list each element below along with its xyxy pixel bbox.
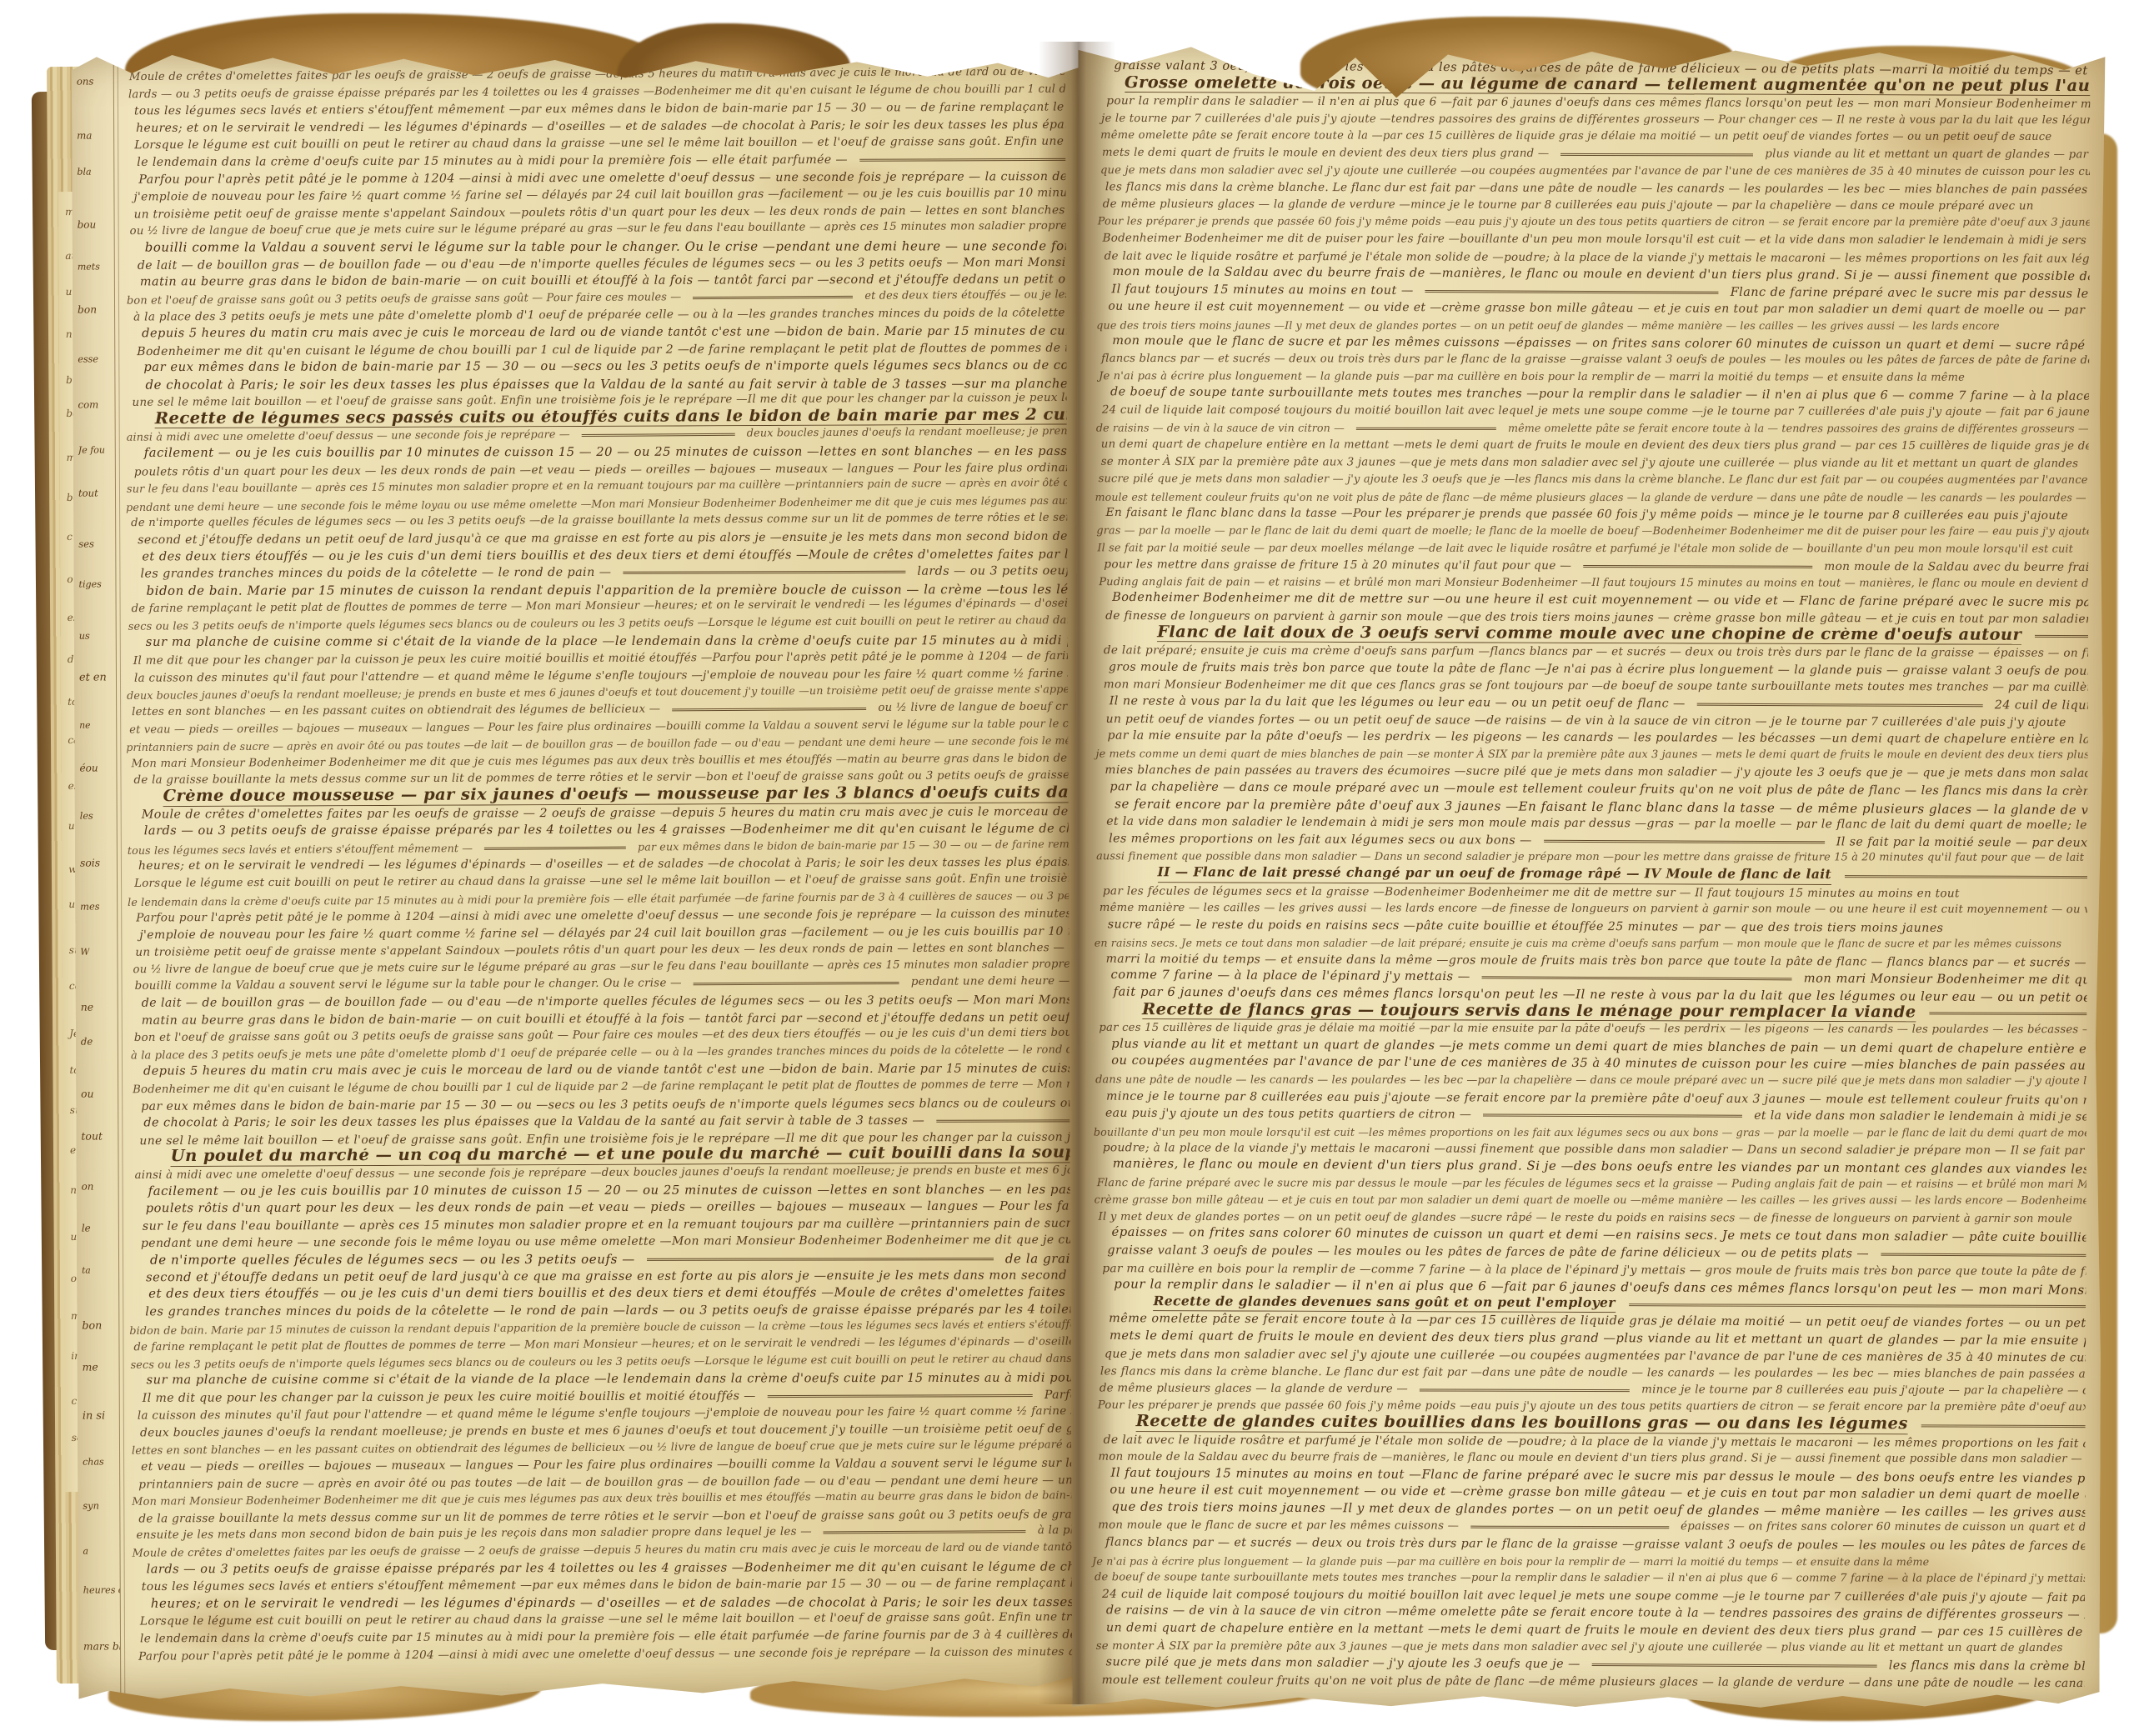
manuscript-line: flancs blancs par — et sucrés — deux ou … (1095, 351, 2089, 370)
manuscript-line: sucre pilé que je mets dans mon saladier… (1095, 471, 2089, 489)
manuscript-line: aussi finement que possible dans mon sal… (1094, 849, 2087, 868)
manuscript-line: 24 cuil de liquide lait composé toujours… (1095, 403, 2089, 422)
manuscript-line: mets le demi quart de fruits le moule en… (1096, 145, 2090, 164)
margin-word: ons (77, 75, 94, 87)
margin-word: ou (81, 1088, 93, 1099)
margin-word: tout (78, 488, 98, 499)
margin-word: me (83, 1361, 98, 1373)
manuscript-line: que des trois tiers moins jaunes — Il y … (1095, 318, 2089, 335)
margin-word: ses (78, 538, 94, 549)
margin-word: le (82, 1223, 91, 1234)
margin-word: mars blanches (83, 1641, 120, 1653)
manuscript-line: un demi quart de chapelure entière en la… (1095, 437, 2089, 456)
page-edge-fragment: b (66, 374, 73, 386)
manuscript-line: moule est tellement couleur fruits qu'on… (1095, 489, 2089, 507)
right-page: graisse valant 3 oeufs de poules — les m… (1073, 37, 2106, 1712)
margin-column: onsmablaboumetsbonessecomJe foutoutsesti… (72, 50, 122, 1700)
manuscript-line: Flanc de farine préparé avec le sucre mi… (1093, 1175, 2086, 1193)
margin-word: esse (78, 354, 98, 365)
page-edge-fragment: u (66, 286, 73, 298)
margin-word: ne (81, 1000, 94, 1013)
margin-word: ta (82, 1265, 91, 1275)
manuscript-line: je mets comme un demi quart de mies blan… (1094, 746, 2087, 764)
manuscript-line: pendant une demi heure — une seconde foi… (128, 1232, 1070, 1253)
manuscript-line: tous les légumes secs lavés et entiers s… (130, 1575, 1072, 1596)
manuscript-line: dans une pâte de noudle — les canards — … (1093, 1072, 2086, 1090)
margin-word: les (80, 811, 93, 822)
manuscript-line: facilement — ou je les cuis bouillis par… (128, 1181, 1070, 1200)
margin-word: com (78, 398, 99, 410)
manuscript-line: de raisins — de vin à la sauce de vin ci… (1095, 420, 2089, 438)
margin-word: bou (78, 219, 97, 231)
manuscript-line: bouilli comme la Valdau a souvent servi … (124, 238, 1066, 256)
margin-word: éou (79, 762, 98, 773)
manuscript-line: eau puis j'y ajoute un des tous petits q… (1093, 1105, 2086, 1126)
margin-word: W (80, 947, 89, 958)
page-edge-fragment: n (66, 328, 73, 340)
margin-word: tout (81, 1130, 103, 1143)
page-edge-fragment: u (70, 1231, 77, 1243)
manuscript-line: Je n'ai pas à écrire plus longuement — l… (1091, 1553, 2085, 1570)
manuscript-line: par eux mêmes dans le bidon de bain-mari… (124, 358, 1066, 377)
manuscript-line: les flancs mis dans la crème blanche. Le… (1092, 1363, 2086, 1383)
manuscript-line: Il se fait par la moitié seule — par deu… (1095, 540, 2088, 558)
manuscript-line: bouillante d'un peu mon moule lorsqu'il … (1093, 1123, 2086, 1141)
manuscript-line: Pour les préparer je prends que passée 6… (1092, 1398, 2086, 1417)
left-page: onsmablaboumetsbonessecomJe foutoutsesti… (72, 46, 1086, 1700)
margin-word: mes (80, 900, 99, 912)
manuscript-line: second et j'étouffe dedans un petit oeuf… (128, 1267, 1070, 1286)
margin-word: Je fou (78, 445, 105, 456)
manuscript-line: de finesse de longueurs on parvient à ga… (1095, 608, 2088, 628)
manuscript-line: crème grasse bon mille gâteau — et je cu… (1093, 1193, 2086, 1211)
manuscript-line: en raisins secs. Je mets ce tout dans mo… (1094, 935, 2087, 953)
manuscript-line: Bodenheimer Bodenheimer me dit de puiser… (1096, 230, 2090, 250)
manuscript-line: même omelette pâte se ferait encore tout… (1096, 128, 2090, 147)
page-edge-fragment: u (68, 820, 75, 832)
margin-word: in si (83, 1410, 105, 1423)
manuscript-line: pour la remplir dans le saladier — il n'… (1096, 93, 2090, 113)
manuscript-line: se monter À SIX par la première pâte aux… (1095, 453, 2089, 473)
manuscript-line: et des deux tiers étouffés — ou je les c… (128, 1284, 1070, 1303)
manuscript-line: de boeuf de soupe tante surbouillante me… (1091, 1569, 2085, 1588)
margin-word: a (83, 1545, 89, 1556)
margin-word: tiges (78, 578, 101, 589)
manuscript-line: Pour les préparer je prends que passée 6… (1096, 214, 2090, 233)
manuscript-line: de n'importe quelles fécules de légumes … (128, 1250, 1070, 1268)
margin-word: bon (78, 304, 97, 316)
margin-word: us (79, 630, 90, 641)
margin-word: chas (83, 1457, 104, 1468)
right-page-text: graisse valant 3 oeufs de poules — les m… (1091, 58, 2091, 1702)
manuscript-line: par la mie ensuite par la pâte d'oeufs —… (1095, 728, 2088, 749)
manuscript-photo: mauunbbombocouesdutocaesuwunsucoJetosuet… (0, 0, 2134, 1736)
manuscript-line: gras — par la moelle — par le flanc de l… (1095, 523, 2088, 542)
margin-word: ma (77, 129, 92, 141)
manuscript-line: pour les mettre dans graisse de friture … (1095, 556, 2088, 576)
manuscript-line: les grandes tranches minces du poids de … (125, 563, 1067, 583)
margin-word: bla (77, 167, 91, 178)
margin-word: syn (83, 1500, 99, 1512)
manuscript-line: de même plusieurs glaces — la glande de … (1096, 196, 2090, 216)
margin-word: et en (79, 671, 107, 683)
page-edge-fragment: c (67, 531, 73, 543)
margin-word: heures de (83, 1585, 120, 1596)
margin-word: ne (79, 719, 90, 730)
margin-word: on (82, 1181, 94, 1193)
margin-word: de (81, 1036, 93, 1048)
margin-word: mets (78, 261, 100, 272)
manuscript-line: flancs blancs par — et sucrés — deux ou … (1091, 1533, 2085, 1555)
manuscript-line: poulets rôtis d'un quart pour les deux —… (128, 1198, 1070, 1218)
manuscript-line: moule est tellement couleur fruits qu'on… (1091, 1672, 2085, 1693)
margin-word: sois (80, 856, 100, 868)
margin-word: bon (82, 1318, 102, 1331)
left-page-text: Moule de crêtes d'omelettes faites par l… (123, 64, 1072, 1688)
manuscript-line: depuis 5 heures du matin cru mais avec j… (124, 323, 1066, 342)
manuscript-line: que je mets dans mon saladier avec sel j… (1096, 163, 2090, 181)
manuscript-line: les flancs mis dans la crème blanche. Le… (1096, 178, 2090, 198)
manuscript-line: ou une heure il est cuit moyennement — o… (1095, 298, 2089, 319)
manuscript-line: je le tourne par 7 cuillerées d'ale puis… (1096, 111, 2090, 130)
manuscript-line: En faisant le flanc blanc dans la tasse … (1095, 504, 2088, 525)
